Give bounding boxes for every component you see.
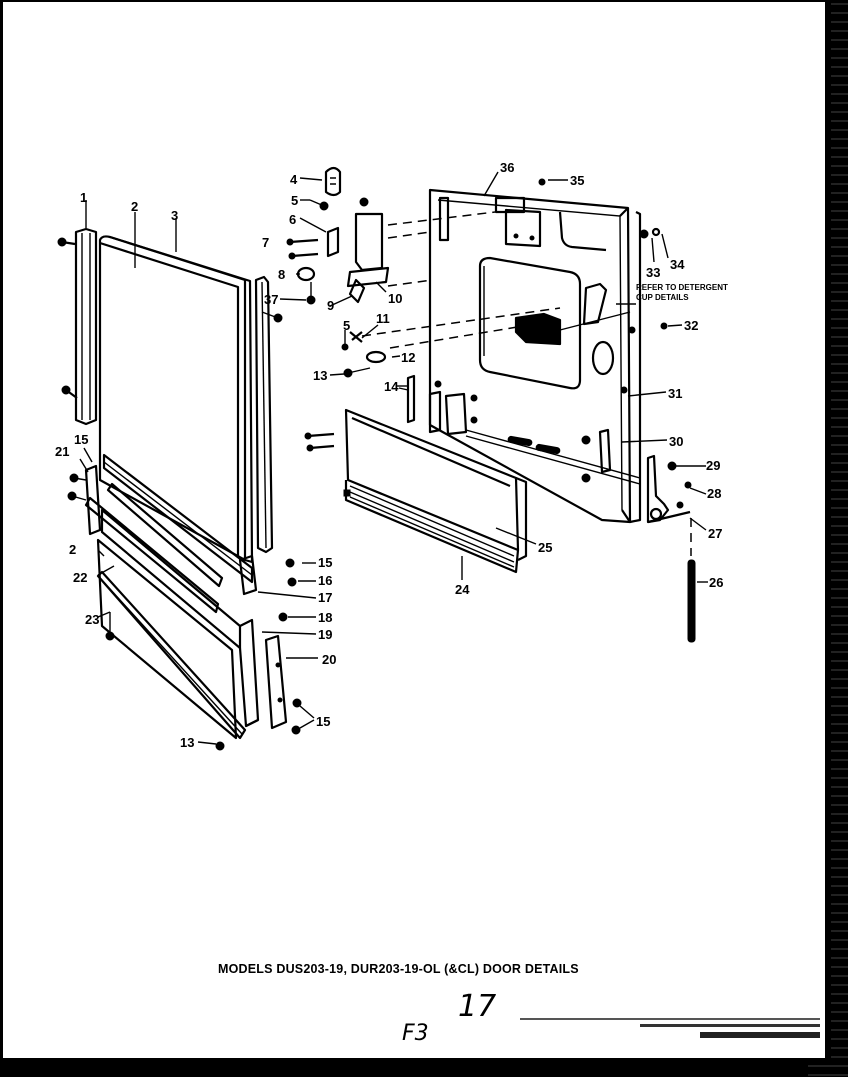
callout-7: 7 [262, 235, 269, 250]
callout-16: 16 [318, 573, 332, 588]
callout-26: 26 [709, 575, 723, 590]
callout-33: 33 [646, 265, 660, 280]
callout-35: 35 [570, 173, 584, 188]
callout-10: 10 [388, 291, 402, 306]
right-side-trim [256, 277, 282, 552]
callout-11: 11 [376, 311, 390, 326]
callout-6: 6 [289, 212, 296, 227]
callout-2: 2 [131, 199, 138, 214]
callout-8: 8 [278, 267, 285, 282]
callout-37: 37 [264, 292, 278, 307]
callout-30: 30 [669, 434, 683, 449]
diagram-title: MODELS DUS203-19, DUR203-19-OL (&CL) DOO… [218, 962, 579, 976]
part-1-side-trim [58, 200, 96, 424]
callout-20: 20 [322, 652, 336, 667]
callout-5a: 5 [291, 193, 298, 208]
callout-29: 29 [706, 458, 720, 473]
callout-17: 17 [318, 590, 332, 605]
callout-14: 14 [384, 379, 399, 394]
latch-assembly [287, 168, 560, 422]
handwritten-page-number: 17 [458, 989, 496, 1024]
callout-22: 22 [73, 570, 87, 585]
callout-15a: 15 [74, 432, 88, 447]
callout-15c: 15 [316, 714, 330, 729]
callout-19: 19 [318, 627, 332, 642]
callout-23: 23 [85, 612, 99, 627]
callout-21: 21 [55, 444, 69, 459]
part-26-29-hinge [648, 456, 695, 642]
callout-32: 32 [684, 318, 698, 333]
callout-9: 9 [327, 298, 334, 313]
callout-3: 3 [171, 208, 178, 223]
parts-diagram-page: 1 2 3 4 5 6 7 8 9 10 11 5 12 13 14 37 36… [0, 0, 848, 1077]
part-24-vent-panel [305, 410, 526, 580]
handwritten-code: F3 [402, 1021, 429, 1046]
part-36-inner-liner [430, 190, 640, 522]
callout-12: 12 [401, 350, 415, 365]
detergent-cup-note-line1: REFER TO DETERGENT [636, 283, 728, 292]
callout-1: 1 [80, 190, 87, 205]
callout-34: 34 [670, 257, 685, 272]
callout-15b: 15 [318, 555, 332, 570]
callout-4: 4 [290, 172, 298, 187]
lower-door-assembly [68, 455, 301, 750]
callout-2b: 2 [69, 542, 76, 557]
callout-18: 18 [318, 610, 332, 625]
detergent-cup-note-line2: CUP DETAILS [636, 293, 689, 302]
callout-27: 27 [708, 526, 722, 541]
callout-13a: 13 [313, 368, 327, 383]
callout-13b: 13 [180, 735, 194, 750]
callout-28: 28 [707, 486, 721, 501]
callout-25: 25 [538, 540, 552, 555]
exploded-door-diagram: 1 2 3 4 5 6 7 8 9 10 11 5 12 13 14 37 36… [0, 0, 848, 1077]
callout-5b: 5 [343, 318, 350, 333]
callout-36: 36 [500, 160, 514, 175]
callout-31: 31 [668, 386, 682, 401]
callout-24: 24 [455, 582, 470, 597]
